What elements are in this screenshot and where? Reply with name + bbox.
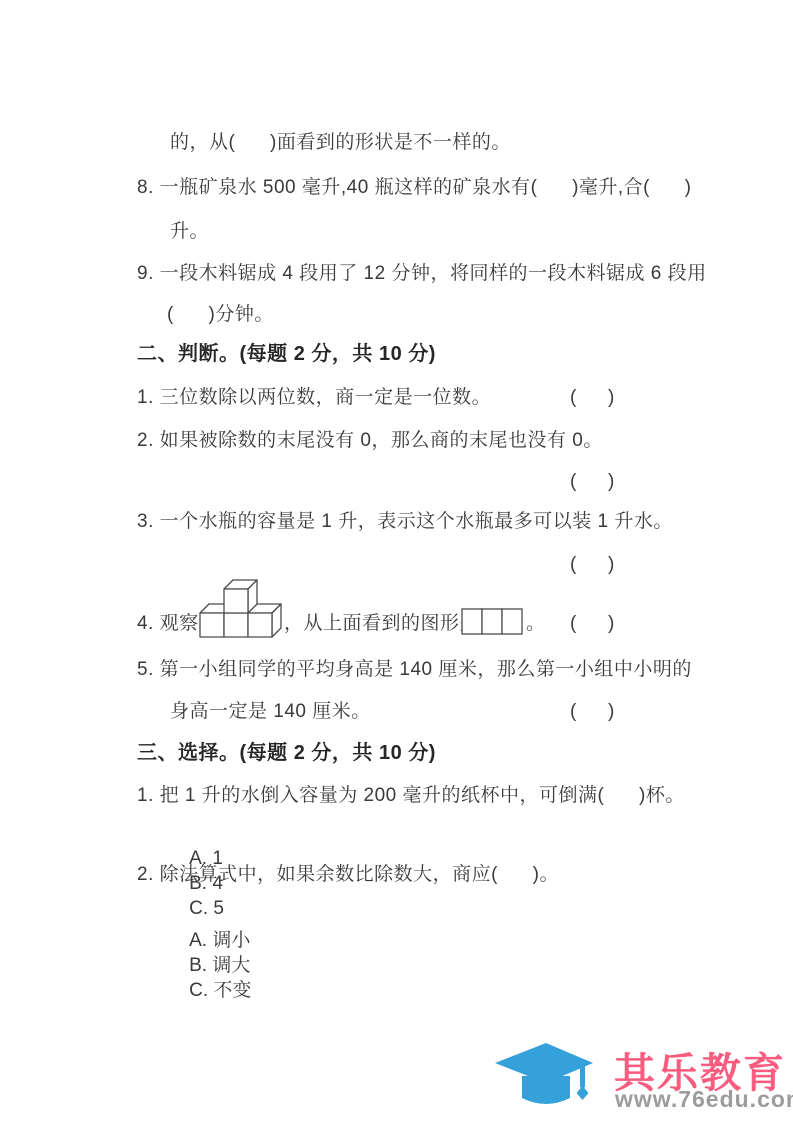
judge-section-heading: 二、判断。(每题 2 分，共 10 分) [137,342,436,367]
choice-q2-options: A. 调小 B. 调大 C. 不变 [168,903,320,1028]
fill-q7-continuation: 的，从( )面看到的形状是不一样的。 [170,130,511,155]
choice-q2-option-a: A. 调小 [189,928,320,953]
choice-q2-option-c: C. 不变 [189,978,320,1003]
judge-q4-middle: ，从上面看到的图形是 [284,611,479,636]
judge-q3-text: 3. 一个水瓶的容量是 1 升，表示这个水瓶最多可以装 1 升水。 [137,509,673,534]
judge-q4-prefix: 4. 观察 [137,611,199,636]
cube-stack-figure [198,579,291,641]
choice-q2-option-b: B. 调大 [189,953,320,978]
fill-q8-line2: 升。 [170,219,209,244]
top-view-squares-figure [461,608,525,635]
fill-q8-line1: 8. 一瓶矿泉水 500 毫升,40 瓶这样的矿泉水有( )毫升,合( ) [137,175,692,200]
logo-website-url: www.76edu.com [615,1086,793,1113]
choice-section-heading: 三、选择。(每题 2 分，共 10 分) [137,741,436,766]
choice-q2-text: 2. 除法算式中，如果余数比除数大，商应( )。 [137,862,559,887]
graduation-cap-icon [492,1036,596,1114]
judge-q1-text: 1. 三位数除以两位数，商一定是一位数。 [137,385,491,410]
judge-q5-answer-blank: ( ) [570,699,614,724]
judge-q2-answer-blank: ( ) [570,469,614,494]
judge-q2-text: 2. 如果被除数的末尾没有 0，那么商的末尾也没有 0。 [137,428,603,453]
worksheet-page: 的，从( )面看到的形状是不一样的。 8. 一瓶矿泉水 500 毫升,40 瓶这… [0,0,793,1122]
choice-q1-text: 1. 把 1 升的水倒入容量为 200 毫升的纸杯中，可倒满( )杯。 [137,783,685,808]
judge-q5-line1: 5. 第一小组同学的平均身高是 140 厘米，那么第一小组中小明的 [137,657,692,682]
fill-q9-line2: ( )分钟。 [167,302,274,327]
fill-q9-line1: 9. 一段木料锯成 4 段用了 12 分钟，将同样的一段木料锯成 6 段用 [137,261,707,286]
judge-q5-line2: 身高一定是 140 厘米。 [170,699,371,724]
judge-q3-answer-blank: ( ) [570,552,614,577]
judge-q4-suffix: 。 [526,611,546,636]
judge-q4-answer-blank: ( ) [570,611,614,636]
judge-q1-answer-blank: ( ) [570,385,614,410]
